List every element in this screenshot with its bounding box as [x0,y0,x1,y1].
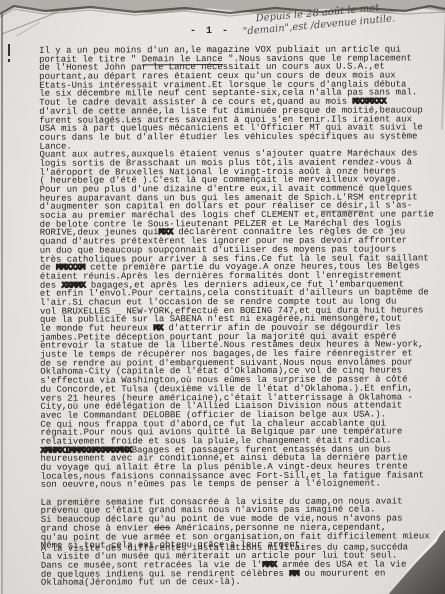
typed-line: Même si tout cela est obtenu grâce à leu… [41,540,443,552]
scanned-page-photo: - 1 - Depuis le 28 août le mot "demain",… [0,0,445,594]
typed-line: Oklahoma(Jéronimo fut un de ceux-là). [41,578,443,588]
pen-mark [8,44,10,56]
left-page-edge [1,14,3,594]
typed-text: Il y a un peu moins d'un an,le magazine … [39,45,443,587]
typed-line: cours dans le but d'aller étudier les vé… [39,132,441,142]
